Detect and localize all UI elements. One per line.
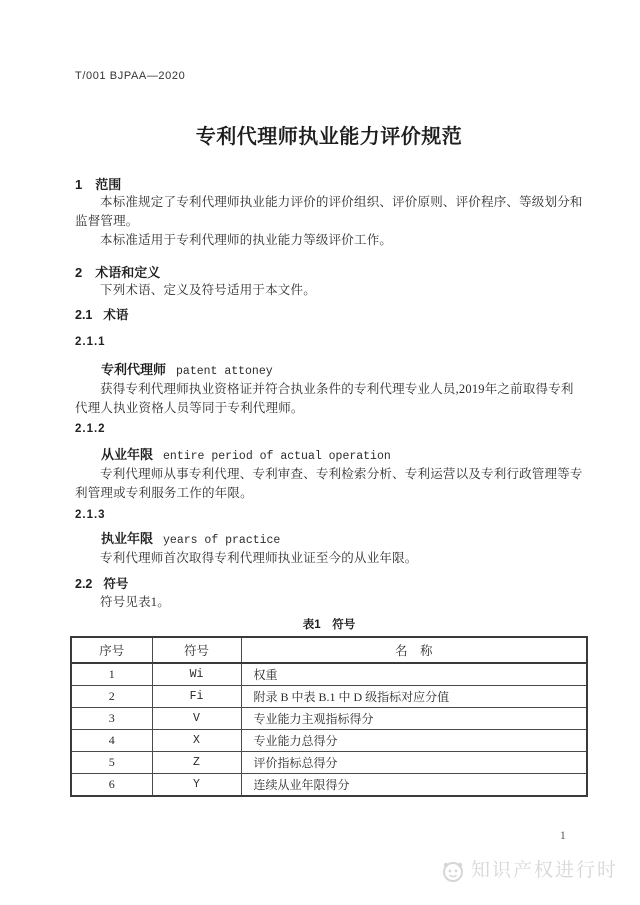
- cell-name: 连续从业年限得分: [241, 774, 587, 797]
- term-3-line: 执业年限years of practice: [75, 531, 583, 549]
- cell-index: 4: [71, 730, 152, 752]
- term-2-line: 从业年限entire period of actual operation: [75, 447, 583, 465]
- cell-symbol: Z: [152, 752, 241, 774]
- section-2-heading: 2术语和定义: [75, 264, 583, 281]
- clause-2-1-3-number: 2.1.3: [75, 508, 583, 523]
- table-row: 3 V 专业能力主观指标得分: [71, 708, 587, 730]
- cell-index: 5: [71, 752, 152, 774]
- symbols-table: 序号 符号 名 称 1 Wi 权重 2 Fi 附录 B 中表 B.1 中 D 级…: [70, 636, 588, 797]
- watermark: 知识产权进行时: [441, 858, 618, 884]
- col-header-index: 序号: [71, 637, 152, 663]
- table-row: 5 Z 评价指标总得分: [71, 752, 587, 774]
- section-1-title: 范围: [95, 177, 121, 192]
- section-2-1-title: 术语: [103, 308, 128, 322]
- standard-number: T/001 BJPAA—2020: [75, 70, 583, 82]
- table-row: 4 X 专业能力总得分: [71, 730, 587, 752]
- page-title: 专利代理师执业能力评价规范: [75, 124, 583, 150]
- page-number: 1: [560, 830, 566, 842]
- section-1-number: 1: [75, 177, 82, 192]
- cell-name: 评价指标总得分: [241, 752, 587, 774]
- page-content: T/001 BJPAA—2020 专利代理师执业能力评价规范 1范围 本标准规定…: [0, 0, 640, 797]
- cell-symbol: V: [152, 708, 241, 730]
- cell-index: 3: [71, 708, 152, 730]
- scope-paragraph-2: 本标准适用于专利代理师的执业能力等级评价工作。: [75, 231, 583, 250]
- cell-symbol: Fi: [152, 686, 241, 708]
- cell-symbol: Y: [152, 774, 241, 797]
- cell-symbol: Wi: [152, 663, 241, 686]
- cell-name: 专业能力总得分: [241, 730, 587, 752]
- col-header-name: 名 称: [241, 637, 587, 663]
- clause-2-1-1-number: 2.1.1: [75, 335, 583, 350]
- table-row: 2 Fi 附录 B 中表 B.1 中 D 级指标对应分值: [71, 686, 587, 708]
- section-2-number: 2: [75, 265, 82, 280]
- table-row: 1 Wi 权重: [71, 663, 587, 686]
- section-2-1-number: 2.1: [75, 308, 92, 322]
- document-page: T/001 BJPAA—2020 专利代理师执业能力评价规范 1范围 本标准规定…: [0, 0, 640, 905]
- cell-name: 附录 B 中表 B.1 中 D 级指标对应分值: [241, 686, 587, 708]
- term-2-definition: 专利代理师从事专利代理、专利审查、专利检索分析、专利运营以及专利行政管理等专利管…: [75, 465, 583, 503]
- term-2-en: entire period of actual operation: [163, 450, 391, 463]
- term-1-definition: 获得专利代理师执业资格证并符合执业条件的专利代理专业人员,2019年之前取得专利…: [75, 380, 583, 418]
- watermark-logo-icon: [441, 859, 465, 883]
- section-2-1-heading: 2.1术语: [75, 307, 583, 324]
- cell-index: 6: [71, 774, 152, 797]
- cell-index: 1: [71, 663, 152, 686]
- term-3-en: years of practice: [163, 534, 280, 547]
- term-1-en: patent attoney: [176, 365, 273, 378]
- scope-paragraph-1: 本标准规定了专利代理师执业能力评价的评价组织、评价原则、评价程序、等级划分和监督…: [75, 193, 583, 231]
- cell-name: 专业能力主观指标得分: [241, 708, 587, 730]
- section-1-heading: 1范围: [75, 176, 583, 193]
- term-1-line: 专利代理师patent attoney: [75, 362, 583, 380]
- cell-symbol: X: [152, 730, 241, 752]
- term-1-zh: 专利代理师: [101, 362, 166, 377]
- section-2-2-heading: 2.2符号: [75, 576, 583, 593]
- term-3-definition: 专利代理师首次取得专利代理师执业证至今的从业年限。: [75, 549, 583, 568]
- table-header-row: 序号 符号 名 称: [71, 637, 587, 663]
- symbols-intro: 符号见表1。: [75, 593, 583, 612]
- terms-intro: 下列术语、定义及符号适用于本文件。: [75, 281, 583, 300]
- term-2-zh: 从业年限: [101, 447, 153, 462]
- cell-index: 2: [71, 686, 152, 708]
- watermark-text: 知识产权进行时: [471, 858, 618, 884]
- section-2-2-number: 2.2: [75, 577, 92, 591]
- table-1-caption: 表1 符号: [75, 618, 583, 633]
- section-2-2-title: 符号: [103, 577, 128, 591]
- clause-2-1-2-number: 2.1.2: [75, 422, 583, 437]
- col-header-symbol: 符号: [152, 637, 241, 663]
- section-2-title: 术语和定义: [95, 265, 160, 280]
- cell-name: 权重: [241, 663, 587, 686]
- term-3-zh: 执业年限: [101, 531, 153, 546]
- table-row: 6 Y 连续从业年限得分: [71, 774, 587, 797]
